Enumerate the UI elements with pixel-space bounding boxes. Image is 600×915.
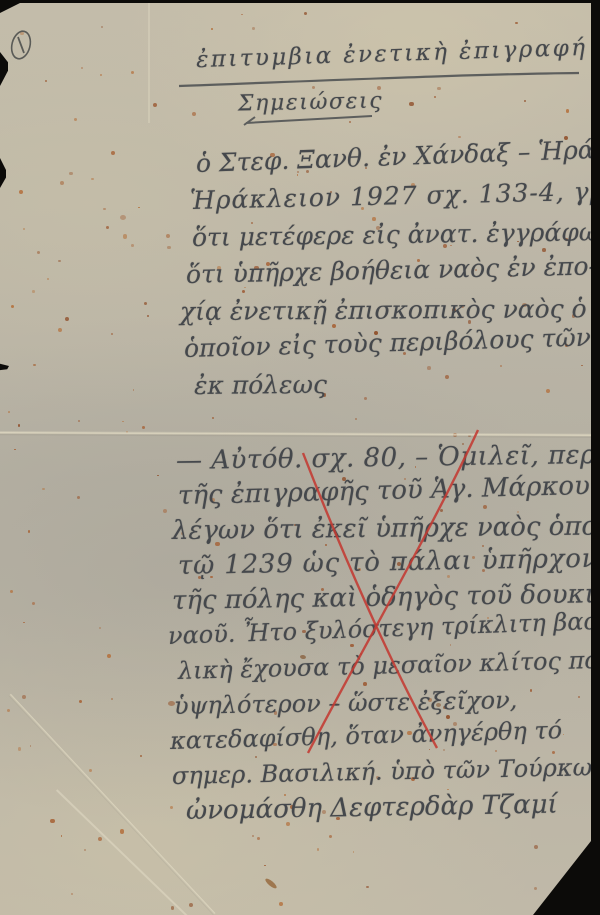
handwritten-line: ἐκ πόλεως [194, 363, 591, 404]
page-title: ἐπιτυμβια ἐνετικὴ ἐπιγραφή [196, 35, 588, 73]
section-subtitle: Σημειώσεις [238, 88, 384, 116]
vertical-crease-faint [148, 3, 150, 123]
scanned-manuscript-page: ἐπιτυμβια ἐνετικὴ ἐπιγραφή Σημειώσεις ὁ … [0, 0, 600, 915]
horizontal-fold-crease [0, 431, 591, 439]
circled-page-mark [6, 23, 46, 73]
paper-sheet: ἐπιτυμβια ἐνετικὴ ἐπιγραφή Σημειώσεις ὁ … [0, 3, 591, 915]
corner-fold-flap [520, 833, 591, 915]
paragraph-notes-2-crossed-out: — Αὐτόθ. σχ. 80, – Ὁμιλεῖ, περὶ τῆς ἐπιγ… [172, 444, 591, 829]
paragraph-notes-1: ὁ Στεφ. Ξανθ. ἐν Χάνδαξ – Ἡράκλεια, Ἡράκ… [186, 145, 591, 404]
